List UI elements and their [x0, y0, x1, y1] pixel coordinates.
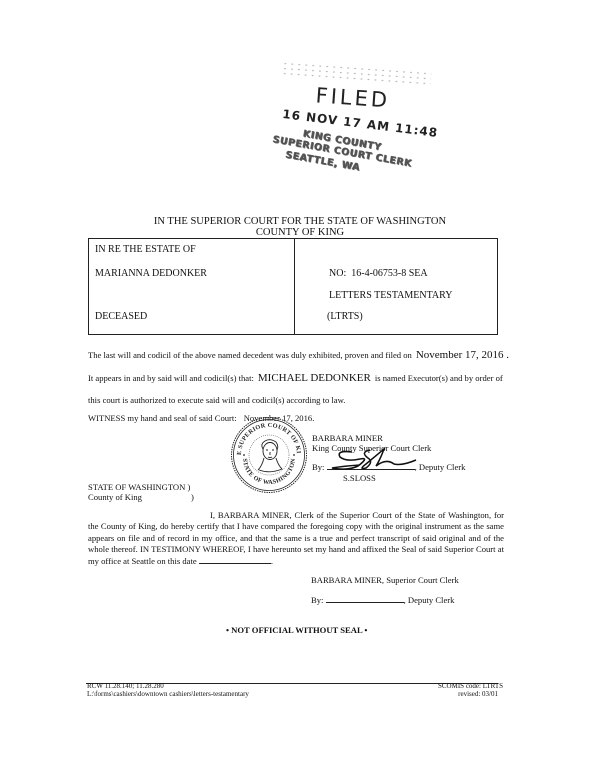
- filed-stamp: FILED 16 NOV 17 AM 11:48 KING COUNTY SUP…: [254, 50, 453, 193]
- case-number-label: NO:: [329, 268, 346, 279]
- cert-clerk-line: BARBARA MINER, Superior Court Clerk: [311, 575, 459, 585]
- clerk-name: BARBARA MINER: [312, 433, 383, 443]
- by-label: By:: [312, 462, 324, 472]
- certification-text: I, BARBARA MINER, Clerk of the Superior …: [88, 510, 504, 566]
- seal-top-text: SEAL OF THE SUPERIOR COURT OF KING COUNT…: [230, 416, 302, 455]
- footer-rcw: RCW 11.28.140; 11.28.280: [87, 682, 164, 690]
- executor-text-b: is named Executor(s) and by order of: [375, 373, 503, 383]
- washington-portrait-icon: [258, 440, 282, 472]
- court-seal: SEAL OF THE SUPERIOR COURT OF KING COUNT…: [230, 416, 308, 494]
- executor-name: MICHAEL DEDONKER: [258, 372, 371, 384]
- in-re-label: IN RE THE ESTATE OF: [95, 244, 196, 255]
- case-caption-table: IN RE THE ESTATE OF MARIANNA DEDONKER DE…: [88, 238, 498, 335]
- case-number-value: 16-4-06753-8 SEA: [351, 268, 427, 279]
- cert-signature-line: [326, 594, 404, 603]
- venue-county: County of King: [88, 492, 142, 502]
- paragraph-executor: It appears in and by said will and codic…: [88, 368, 503, 386]
- period: .: [506, 349, 509, 361]
- not-official-notice: • NOT OFFICIAL WITHOUT SEAL •: [226, 625, 367, 635]
- stamp-filed-word: FILED: [315, 83, 391, 112]
- date-blank: [199, 555, 271, 564]
- certification-paragraph: I, BARBARA MINER, Clerk of the Superior …: [88, 510, 504, 567]
- venue-paren: ): [191, 492, 194, 502]
- filed-date: November 17, 2016: [416, 349, 504, 361]
- svg-text:SEAL OF THE SUPERIOR COURT OF: SEAL OF THE SUPERIOR COURT OF KING COUNT…: [230, 416, 302, 455]
- seal-icon: SEAL OF THE SUPERIOR COURT OF KING COUNT…: [230, 416, 308, 494]
- table-divider: [294, 239, 295, 334]
- deceased-label: DECEASED: [95, 311, 147, 322]
- deputy-name: S.SLOSS: [343, 473, 376, 483]
- document-code: (LTRTS): [327, 311, 363, 322]
- cert-deputy-label: , Deputy Clerk: [404, 595, 455, 605]
- authorized-text: this court is authorized to execute said…: [88, 395, 345, 405]
- cert-by-line: By: , Deputy Clerk: [311, 594, 454, 605]
- paragraph-authorized: this court is authorized to execute said…: [88, 390, 345, 408]
- cert-period: .: [271, 556, 273, 566]
- court-caption-line-1: IN THE SUPERIOR COURT FOR THE STATE OF W…: [0, 216, 600, 227]
- proven-text: The last will and codicil of the above n…: [88, 350, 412, 360]
- case-number: NO: 16-4-06753-8 SEA: [329, 268, 428, 279]
- venue-state: STATE OF WASHINGTON ): [88, 482, 190, 492]
- document-title: LETTERS TESTAMENTARY: [329, 290, 453, 301]
- signature-scrawl-icon: [330, 446, 430, 474]
- footer-scomis-code: SCOMIS code: LTRTS: [438, 682, 498, 690]
- witness-text: WITNESS my hand and seal of said Court:: [88, 413, 237, 423]
- footer-revised: revised: 03/01: [438, 690, 498, 698]
- court-caption-line-2: COUNTY OF KING: [0, 227, 600, 238]
- executor-text-a: It appears in and by said will and codic…: [88, 373, 254, 383]
- paragraph-proven: The last will and codicil of the above n…: [88, 345, 509, 363]
- cert-by-label: By:: [311, 595, 323, 605]
- stamp-texture: [281, 61, 432, 87]
- footer-file-path: L:\forms\cashiers\downtown cashiers\lett…: [87, 690, 249, 698]
- decedent-name: MARIANNA DEDONKER: [95, 268, 207, 279]
